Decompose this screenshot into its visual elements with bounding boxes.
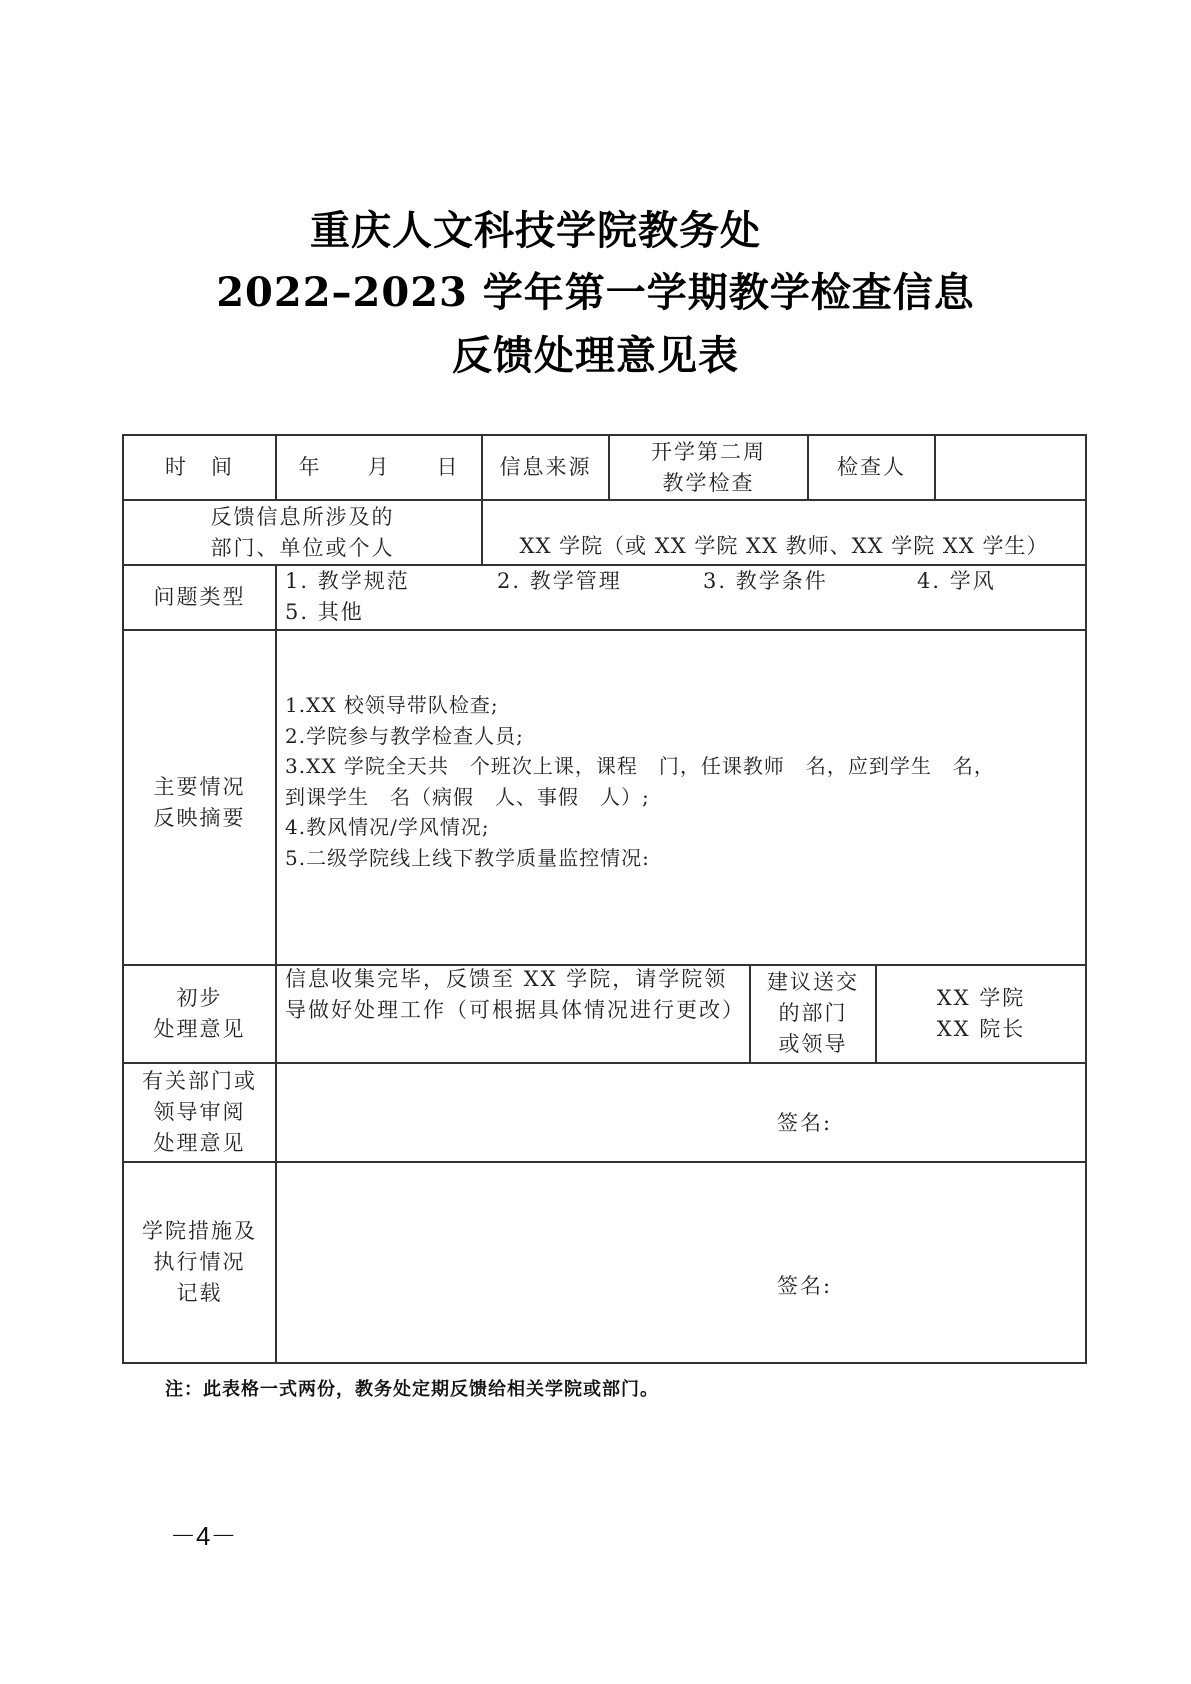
summary-content[interactable]: 1.XX 校领导带队检查; 2.学院参与教学检查人员; 3.XX 学院全天共 个… [285,690,1083,890]
measures-record-field[interactable]: 签名: [277,1163,1085,1362]
title-line-1: 重庆人文科技学院教务处 [0,205,1131,257]
summary-item-3: 3.XX 学院全天共 个班次上课，课程 门，任课教师 名，应到学生 名， [285,751,1083,782]
info-source-label: 信息来源 [483,436,608,499]
issue-type-options: 1. 教学规范 2. 教学管理 3. 教学条件 4. 学风 5. 其他 [285,566,1080,629]
date-field[interactable]: 年 月 日 [277,436,481,499]
summary-item-4: 4.教风情况/学风情况; [285,812,1083,843]
recipient-label-line-1: 建议送交 [767,967,859,998]
involved-party-field[interactable]: XX 学院（或 XX 学院 XX 教师、XX 学院 XX 学生） [483,501,1085,564]
review-label-line-3: 处理意见 [154,1128,246,1159]
measures-label-line-3: 记载 [177,1278,223,1309]
issue-option-1[interactable]: 1. 教学规范 [285,566,410,597]
issue-option-2[interactable]: 2. 教学管理 [497,566,622,597]
measures-signature-label: 签名: [777,1271,832,1302]
preliminary-opinion-field[interactable]: 信息收集完毕，反馈至 XX 学院，请学院领导做好处理工作（可根据具体情况进行更改… [285,964,743,1062]
measures-label-line-2: 执行情况 [154,1247,246,1278]
preliminary-opinion-label: 初步 处理意见 [124,966,275,1062]
recipient-label: 建议送交 的部门 或领导 [751,964,875,1062]
review-label-line-1: 有关部门或 [142,1066,257,1097]
summary-item-2: 2.学院参与教学检查人员; [285,721,1083,752]
title-line-3: 反馈处理意见表 [0,330,1191,382]
table-border-bottom [122,1362,1087,1364]
summary-label: 主要情况 反映摘要 [124,631,275,964]
recipient-label-line-3: 或领导 [779,1029,848,1060]
info-source-line-1: 开学第二周 [651,437,766,468]
recipient-value-line-2: XX 院长 [937,1014,1026,1045]
summary-item-5: 5.二级学院线上线下教学质量监控情况: [285,843,1083,874]
summary-item-1: 1.XX 校领导带队检查; [285,690,1083,721]
review-signature-label: 签名: [777,1108,832,1139]
measures-record-label: 学院措施及 执行情况 记载 [124,1163,275,1362]
involved-party-label-line-1: 反馈信息所涉及的 [211,502,395,533]
measures-label-line-1: 学院措施及 [142,1216,257,1247]
issue-option-3[interactable]: 3. 教学条件 [703,566,828,597]
review-opinion-label: 有关部门或 领导审阅 处理意见 [124,1064,275,1161]
preliminary-opinion-label-line-2: 处理意见 [154,1014,246,1045]
review-opinion-field[interactable]: 签名: [277,1064,1085,1161]
summary-item-3-cont: 到课学生 名（病假 人、事假 人）; [285,782,1083,813]
page-number: －4－ [170,1516,236,1553]
info-source-value: 开学第二周 教学检查 [610,436,807,499]
footnote: 注：此表格一式两份，教务处定期反馈给相关学院或部门。 [165,1375,659,1401]
involved-party-label: 反馈信息所涉及的 部门、单位或个人 [124,501,481,564]
title-line-2: 2022–2023 学年第一学期教学检查信息 [0,267,1191,319]
time-label: 时 间 [124,436,275,499]
summary-label-line-2: 反映摘要 [154,803,246,834]
recipient-value-line-1: XX 学院 [937,983,1026,1014]
issue-type-label: 问题类型 [124,566,275,629]
issue-option-5[interactable]: 5. 其他 [285,597,364,628]
preliminary-opinion-label-line-1: 初步 [177,983,223,1014]
table-border-right [1085,434,1087,1364]
review-label-line-2: 领导审阅 [154,1097,246,1128]
inspector-label: 检查人 [809,436,934,499]
issue-option-4[interactable]: 4. 学风 [917,566,996,597]
info-source-line-2: 教学检查 [663,468,755,499]
inspector-field[interactable] [936,436,1085,499]
involved-party-label-line-2: 部门、单位或个人 [211,533,395,564]
recipient-field[interactable]: XX 学院 XX 院长 [877,966,1085,1062]
summary-label-line-1: 主要情况 [154,772,246,803]
recipient-label-line-2: 的部门 [779,998,848,1029]
